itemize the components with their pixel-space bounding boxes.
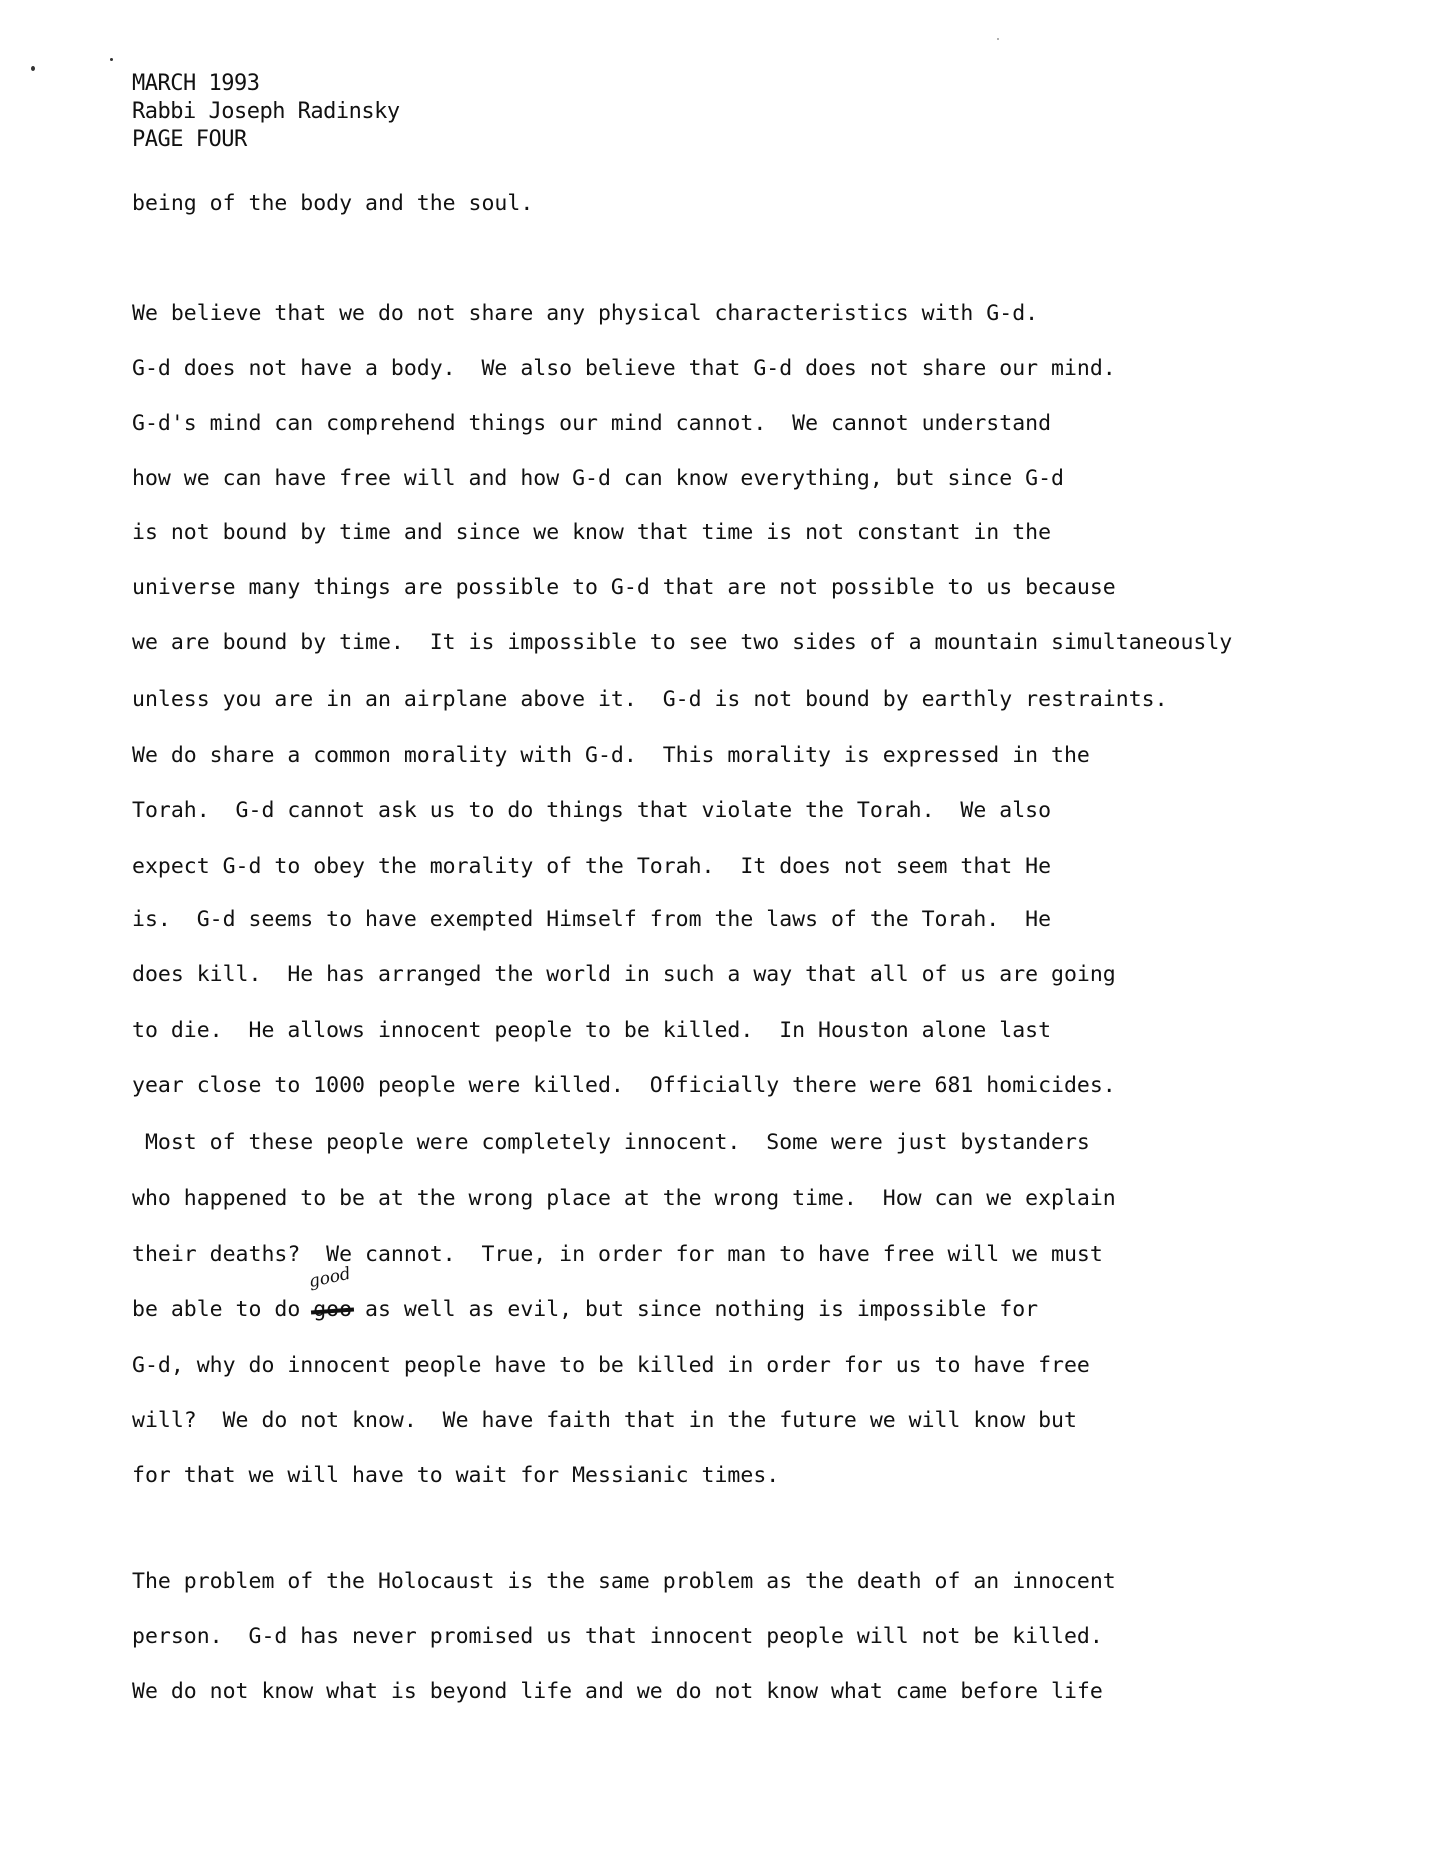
header-date: MARCH 1993 (132, 70, 400, 98)
text-line: We believe that we do not share any phys… (132, 300, 1038, 328)
text-line: expect G-d to obey the morality of the T… (132, 853, 1051, 881)
header-author: Rabbi Joseph Radinsky (132, 98, 400, 126)
text-line: We do share a common morality with G-d. … (132, 742, 1090, 770)
text-line: We do not know what is beyond life and w… (132, 1678, 1103, 1706)
text-line: unless you are in an airplane above it. … (132, 686, 1168, 714)
text-line: G-d does not have a body. We also believ… (132, 355, 1116, 383)
handwritten-correction: goodgoo (313, 1296, 352, 1324)
text-line: how we can have free will and how G-d ca… (132, 465, 1064, 493)
corrected-text-line: be able to do goodgoo as well as evil, b… (132, 1296, 1038, 1324)
scan-speck (997, 38, 999, 40)
text-line: is not bound by time and since we know t… (132, 519, 1051, 547)
text-line: G-d, why do innocent people have to be k… (132, 1352, 1090, 1380)
text-line: Most of these people were completely inn… (132, 1129, 1090, 1157)
letter-header: MARCH 1993 Rabbi Joseph Radinsky PAGE FO… (132, 70, 400, 154)
text-line: G-d's mind can comprehend things our min… (132, 410, 1051, 438)
correction-after: as well as evil, but since nothing is im… (352, 1297, 1038, 1322)
text-line: year close to 1000 people were killed. O… (132, 1072, 1116, 1100)
correction-before: be able to do (132, 1297, 313, 1322)
text-line: The problem of the Holocaust is the same… (132, 1568, 1116, 1596)
text-line: Torah. G-d cannot ask us to do things th… (132, 797, 1051, 825)
text-line: to die. He allows innocent people to be … (132, 1017, 1051, 1045)
continuation-line: being of the body and the soul. (132, 190, 533, 218)
text-line: their deaths? We cannot. True, in order … (132, 1241, 1103, 1269)
text-line: will? We do not know. We have faith that… (132, 1407, 1077, 1435)
text-line: is. G-d seems to have exempted Himself f… (132, 906, 1051, 934)
text-line: does kill. He has arranged the world in … (132, 961, 1116, 989)
text-line: who happened to be at the wrong place at… (132, 1185, 1116, 1213)
text-line: person. G-d has never promised us that i… (132, 1623, 1103, 1651)
document-page: MARCH 1993 Rabbi Joseph Radinsky PAGE FO… (0, 0, 1430, 1851)
text-line: for that we will have to wait for Messia… (132, 1462, 779, 1490)
scan-speck (110, 58, 113, 61)
header-page-label: PAGE FOUR (132, 126, 400, 154)
struck-out-word: goo (313, 1296, 352, 1324)
text-line: we are bound by time. It is impossible t… (132, 629, 1232, 657)
scan-speck (31, 66, 35, 71)
handwritten-insert: good (308, 1266, 353, 1291)
text-line: universe many things are possible to G-d… (132, 574, 1116, 602)
